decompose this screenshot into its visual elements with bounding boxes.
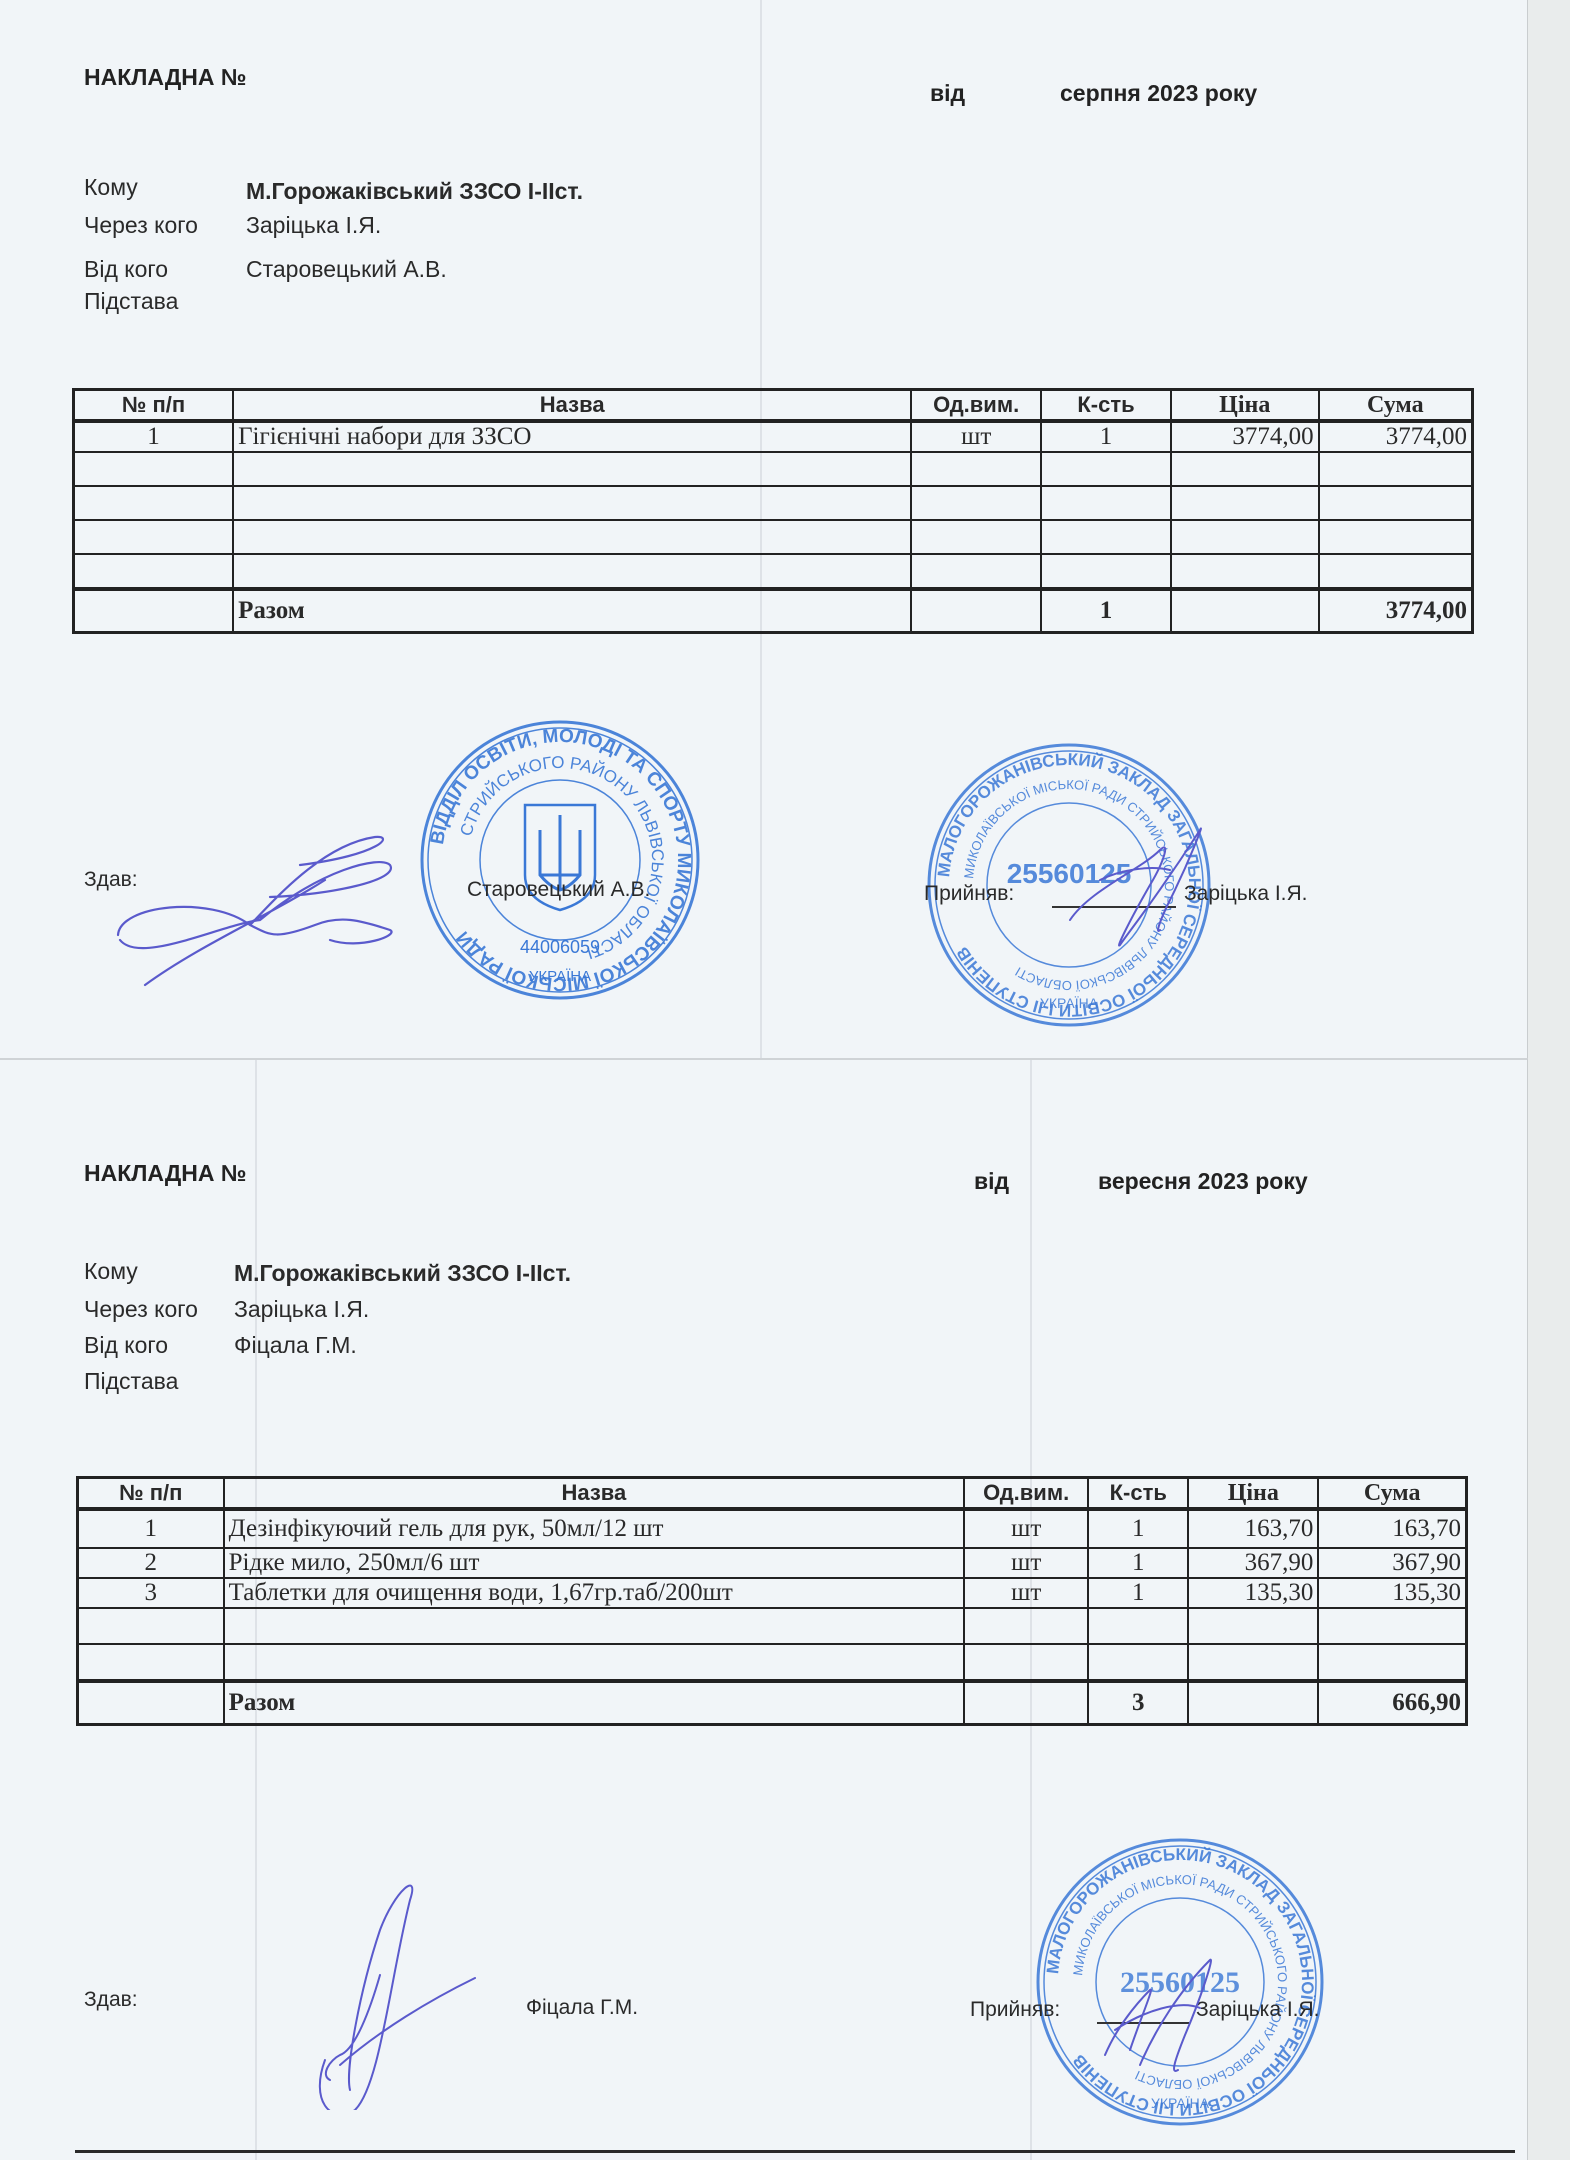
invoice-sheet-september: НАКЛАДНА № від вересня 2023 року Кому М.… [0, 1058, 1528, 2160]
cell-unit [964, 1608, 1088, 1644]
cell-number [74, 452, 234, 486]
cell-qty [1041, 486, 1171, 520]
field-label-basis: Підстава [84, 1368, 178, 1395]
cell-number [74, 589, 234, 633]
table-row: 3 Таблетки для очищення води, 1,67гр.таб… [78, 1578, 1467, 1608]
field-label-via: Через кого [84, 212, 198, 239]
cell-number: 3 [78, 1578, 224, 1608]
signature-received [1090, 1950, 1250, 2090]
cell-sum: 367,90 [1318, 1548, 1466, 1578]
cell-price: 3774,00 [1171, 421, 1319, 452]
signature-handed [300, 1860, 500, 2110]
total-label: Разом [224, 1681, 965, 1725]
cell-name: Дезінфікуючий гель для рук, 50мл/12 шт [224, 1509, 965, 1548]
field-label-via: Через кого [84, 1296, 198, 1323]
header-name: Назва [224, 1478, 965, 1510]
header-number: № п/п [78, 1478, 224, 1510]
cell-number: 1 [74, 421, 234, 452]
field-value-to: М.Горожаківський ЗЗСО I-IIст. [234, 1260, 571, 1287]
cell-number [74, 554, 234, 589]
total-sum: 666,90 [1318, 1681, 1466, 1725]
stamp-country: УКРАЇНА [1040, 995, 1099, 1011]
cell-qty [1041, 520, 1171, 554]
cell-unit: шт [964, 1509, 1088, 1548]
invoice-title: НАКЛАДНА № [84, 64, 247, 91]
header-number: № п/п [74, 390, 234, 422]
stamp-code: 44006059 [520, 937, 600, 957]
cell-number [78, 1644, 224, 1681]
cell-number: 1 [78, 1509, 224, 1548]
invoice-date: вересня 2023 року [1098, 1168, 1308, 1195]
cell-name [224, 1644, 965, 1681]
stamp-country: УКРАЇНА [1151, 2095, 1210, 2111]
cell-unit [911, 554, 1041, 589]
cell-unit [911, 520, 1041, 554]
cell-unit [911, 589, 1041, 633]
cell-name [233, 486, 911, 520]
cell-sum: 163,70 [1318, 1509, 1466, 1548]
cell-name [224, 1608, 965, 1644]
field-value-via: Заріцька І.Я. [246, 212, 381, 239]
cell-price [1188, 1681, 1318, 1725]
table-total-row: Разом 3 666,90 [78, 1681, 1467, 1725]
cell-qty [1041, 554, 1171, 589]
header-price: Ціна [1171, 390, 1319, 422]
invoice-table: № п/п Назва Од.вим. К-сть Ціна Сума 1 Гі… [72, 388, 1474, 634]
cell-price [1171, 486, 1319, 520]
cell-name: Таблетки для очищення води, 1,67гр.таб/2… [224, 1578, 965, 1608]
header-name: Назва [233, 390, 911, 422]
header-sum: Сума [1318, 1478, 1466, 1510]
cell-sum [1319, 520, 1473, 554]
header-unit: Од.вим. [911, 390, 1041, 422]
header-qty: К-сть [1041, 390, 1171, 422]
cell-qty [1041, 452, 1171, 486]
stamp-education-department: ВІДДІЛ ОСВІТИ, МОЛОДІ ТА СПОРТУ МИКОЛАЇВ… [415, 715, 705, 1005]
header-price: Ціна [1188, 1478, 1318, 1510]
field-value-from: Старовецький А.В. [246, 256, 447, 283]
cell-qty [1088, 1644, 1188, 1681]
cell-price: 135,30 [1188, 1578, 1318, 1608]
field-value-from: Фіцала Г.М. [234, 1332, 357, 1359]
invoice-sheet-august: НАКЛАДНА № від серпня 2023 року Кому М.Г… [0, 0, 1528, 1058]
total-qty: 3 [1088, 1681, 1188, 1725]
table-row [74, 486, 1473, 520]
cell-sum [1319, 554, 1473, 589]
cell-unit [964, 1681, 1088, 1725]
cell-name: Рідке мило, 250мл/6 шт [224, 1548, 965, 1578]
invoice-table: № п/п Назва Од.вим. К-сть Ціна Сума 1 Де… [76, 1476, 1468, 1726]
cell-qty: 1 [1088, 1578, 1188, 1608]
field-label-from: Від кого [84, 256, 168, 283]
table-row: 2 Рідке мило, 250мл/6 шт шт 1 367,90 367… [78, 1548, 1467, 1578]
total-label: Разом [233, 589, 911, 633]
table-row [78, 1644, 1467, 1681]
cell-name: Гігієнічні набори для ЗЗСО [233, 421, 911, 452]
received-label: Прийняв: [970, 1998, 1060, 2022]
cell-number: 2 [78, 1548, 224, 1578]
cell-qty: 1 [1088, 1509, 1188, 1548]
field-label-to: Кому [84, 1258, 138, 1285]
cell-name [233, 452, 911, 486]
cell-price [1171, 589, 1319, 633]
handed-label: Здав: [84, 1988, 138, 2012]
table-row [78, 1608, 1467, 1644]
cell-sum [1318, 1608, 1466, 1644]
cell-name [233, 554, 911, 589]
cell-price [1171, 554, 1319, 589]
signature-handed [100, 825, 400, 1005]
handed-name: Старовецький А.В. [467, 878, 650, 902]
field-value-to: М.Горожаківський ЗЗСО I-IIст. [246, 178, 583, 205]
table-row [74, 554, 1473, 589]
cell-price: 163,70 [1188, 1509, 1318, 1548]
stamp-inner-text: СТРИЙСЬКОГО РАЙОНУ ЛЬВІВСЬКОЇ ОБЛАСТІ [456, 753, 667, 963]
table-header-row: № п/п Назва Од.вим. К-сть Ціна Сума [74, 390, 1473, 422]
cell-price [1171, 452, 1319, 486]
cell-sum [1318, 1644, 1466, 1681]
svg-text:СТРИЙСЬКОГО РАЙОНУ ЛЬВІВСЬКОЇ: СТРИЙСЬКОГО РАЙОНУ ЛЬВІВСЬКОЇ ОБЛАСТІ [456, 753, 667, 963]
total-qty: 1 [1041, 589, 1171, 633]
cell-number [78, 1681, 224, 1725]
header-unit: Од.вим. [964, 1478, 1088, 1510]
handed-label: Здав: [84, 868, 138, 892]
cell-unit [964, 1644, 1088, 1681]
bottom-rule [75, 2150, 1515, 2153]
cell-price [1171, 520, 1319, 554]
invoice-date: серпня 2023 року [1060, 80, 1257, 107]
table-row: 1 Дезінфікуючий гель для рук, 50мл/12 шт… [78, 1509, 1467, 1548]
field-label-from: Від кого [84, 1332, 168, 1359]
cell-price [1188, 1608, 1318, 1644]
cell-unit: шт [964, 1548, 1088, 1578]
cell-unit [911, 486, 1041, 520]
date-prefix: від [930, 80, 965, 107]
scanner-edge [1527, 0, 1570, 2160]
stamp-country: УКРАЇНА [529, 968, 591, 985]
cell-sum [1319, 452, 1473, 486]
cell-number [78, 1608, 224, 1644]
cell-sum [1319, 486, 1473, 520]
header-sum: Сума [1319, 390, 1473, 422]
total-sum: 3774,00 [1319, 589, 1473, 633]
table-row [74, 520, 1473, 554]
table-total-row: Разом 1 3774,00 [74, 589, 1473, 633]
cell-price: 367,90 [1188, 1548, 1318, 1578]
handed-name: Фіцала Г.М. [526, 1996, 638, 2020]
cell-unit [911, 452, 1041, 486]
cell-sum: 3774,00 [1319, 421, 1473, 452]
cell-unit: шт [911, 421, 1041, 452]
cell-number [74, 486, 234, 520]
cell-sum: 135,30 [1318, 1578, 1466, 1608]
signature-received [1060, 810, 1240, 960]
cell-qty [1088, 1608, 1188, 1644]
cell-qty: 1 [1088, 1548, 1188, 1578]
header-qty: К-сть [1088, 1478, 1188, 1510]
table-row: 1 Гігієнічні набори для ЗЗСО шт 1 3774,0… [74, 421, 1473, 452]
cell-price [1188, 1644, 1318, 1681]
table-row [74, 452, 1473, 486]
cell-qty: 1 [1041, 421, 1171, 452]
field-value-via: Заріцька І.Я. [234, 1296, 369, 1323]
field-label-basis: Підстава [84, 288, 178, 315]
field-label-to: Кому [84, 174, 138, 201]
cell-name [233, 520, 911, 554]
date-prefix: від [974, 1168, 1009, 1195]
cell-unit: шт [964, 1578, 1088, 1608]
invoice-title: НАКЛАДНА № [84, 1160, 247, 1187]
cell-number [74, 520, 234, 554]
table-header-row: № п/п Назва Од.вим. К-сть Ціна Сума [78, 1478, 1467, 1510]
received-label: Прийняв: [924, 882, 1014, 906]
